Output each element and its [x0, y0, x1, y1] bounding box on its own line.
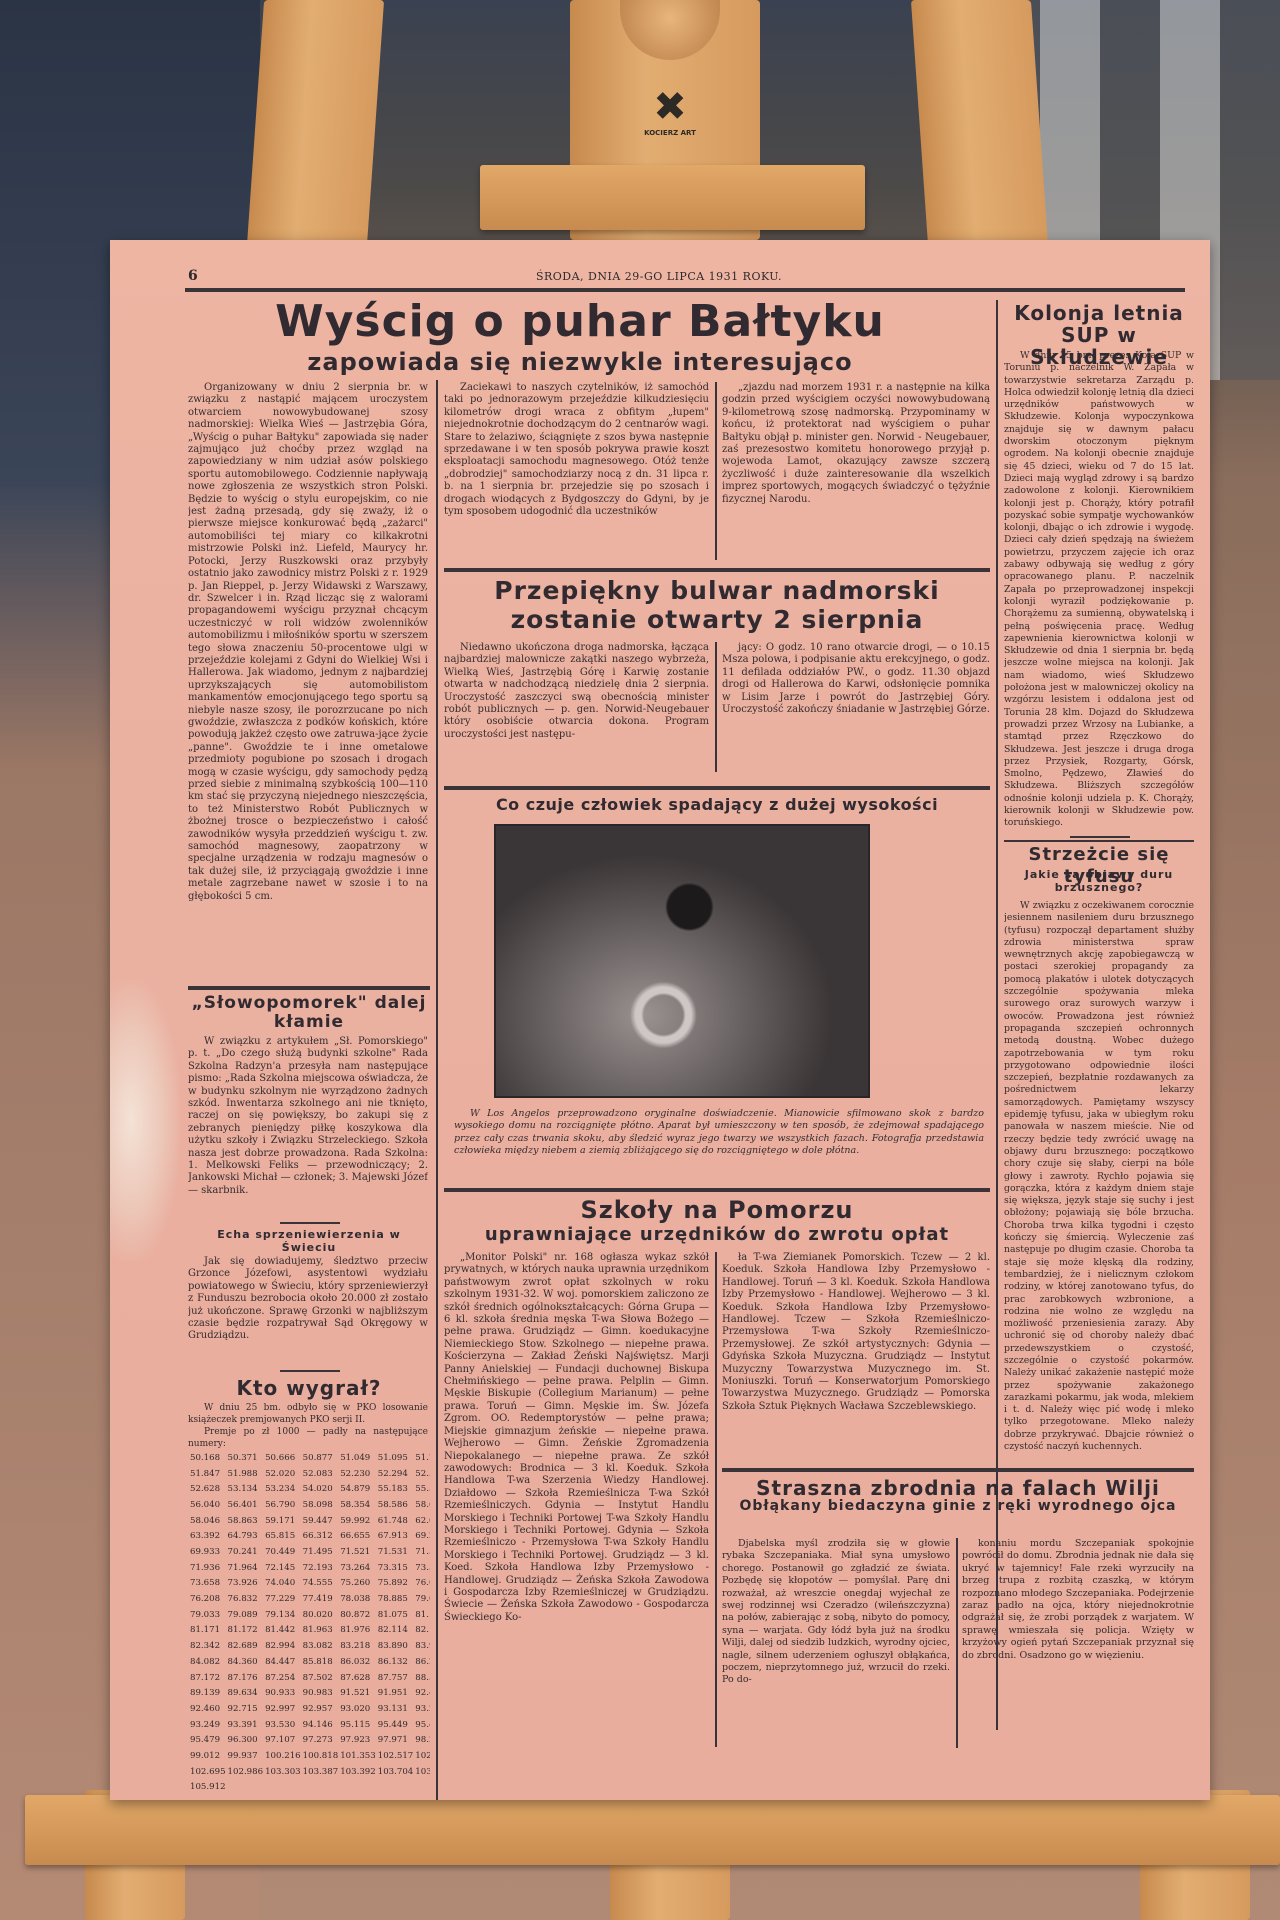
lottery-number: 58.354 [340, 1499, 376, 1515]
schools-headline: Szkoły na Pomorzu [444, 1196, 990, 1224]
lottery-number: 66.655 [340, 1530, 376, 1546]
lottery-number: 71.531 [378, 1546, 414, 1562]
lottery-number: 73.264 [340, 1562, 376, 1578]
lottery-number: 76.832 [228, 1593, 264, 1609]
lottery-number: 98.294 [415, 1734, 430, 1750]
lottery-number: 82.120 [415, 1624, 430, 1640]
lottery-number: 86.032 [340, 1656, 376, 1672]
schools-top-rule [444, 1188, 990, 1192]
echa-headline: Echa sprzeniewierzenia w Świeciu [188, 1228, 430, 1254]
schools-col-2: ła T-wa Ziemianek Pomorskich. Tczew — 2 … [722, 1252, 990, 1464]
lottery-number: 51.847 [190, 1468, 226, 1484]
lottery-number: 91.951 [378, 1687, 414, 1703]
lottery-number: 71.964 [228, 1562, 264, 1578]
masthead: 6 ŚRODA, DNIA 29-GO LIPCA 1931 ROKU. [188, 266, 1130, 286]
falling-man-photo [494, 824, 870, 1098]
lottery-number: 93.246 [415, 1703, 430, 1719]
lottery-number: 58.586 [378, 1499, 414, 1515]
lottery-number: 82.342 [190, 1640, 226, 1656]
lottery-number: 70.449 [265, 1546, 301, 1562]
lottery-number: 71.521 [340, 1546, 376, 1562]
crime-col-2: konaniu mordu Szczepaniak spokojnie powr… [962, 1538, 1194, 1748]
lottery-number: 83.989 [415, 1640, 430, 1656]
lottery-number: 81.963 [303, 1624, 339, 1640]
lottery-number: 89.634 [228, 1687, 264, 1703]
lottery-number: 51.049 [340, 1452, 376, 1468]
lottery-number: 102.695 [190, 1766, 226, 1782]
lottery-number: 96.300 [228, 1734, 264, 1750]
lottery-number: 82.689 [228, 1640, 264, 1656]
schools-divider [715, 1252, 717, 1747]
lottery-number: 97.971 [378, 1734, 414, 1750]
lottery-number: 53.134 [228, 1483, 264, 1499]
lottery-number: 91.521 [340, 1687, 376, 1703]
lottery-number: 92.422 [415, 1687, 430, 1703]
lottery-number: 73.315 [378, 1562, 414, 1578]
lottery-number: 99.937 [228, 1750, 264, 1766]
race-col-2: Zaciekawi to naszych czytelników, iż sam… [444, 382, 709, 562]
lottery-number: 82.994 [265, 1640, 301, 1656]
lottery-number: 69.209 [415, 1530, 430, 1546]
lottery-number: 55.561 [415, 1483, 430, 1499]
lottery-number: 87.502 [303, 1672, 339, 1688]
lottery-number: 103.303 [265, 1766, 301, 1782]
lottery-number: 69.933 [190, 1546, 226, 1562]
lottery-number: 51.714 [415, 1452, 430, 1468]
falling-caption: W Los Angelos przeprowadzono oryginalne … [454, 1108, 984, 1180]
lottery-number: 93.530 [265, 1719, 301, 1735]
easel-leg-right [911, 0, 1049, 260]
lottery-number: 84.360 [228, 1656, 264, 1672]
lottery-number: 71.587 [415, 1546, 430, 1562]
lottery-number: 53.234 [265, 1483, 301, 1499]
lottery-number: 52.587 [415, 1468, 430, 1484]
crime-divider [956, 1538, 958, 1748]
lottery-number: 64.793 [228, 1530, 264, 1546]
lottery-number: 77.229 [265, 1593, 301, 1609]
newspaper-page: 6 ŚRODA, DNIA 29-GO LIPCA 1931 ROKU. Wyś… [110, 240, 1210, 1800]
lottery-number: 101.353 [340, 1750, 376, 1766]
lottery-number: 92.957 [303, 1703, 339, 1719]
echa-body: Jak się dowiadujemy, śledztwo przeciw Gr… [188, 1256, 428, 1360]
typhus-top-rule [1004, 840, 1194, 842]
lottery-number: 59.171 [265, 1515, 301, 1531]
lottery-number: 71.495 [303, 1546, 339, 1562]
lottery-number: 93.131 [378, 1703, 414, 1719]
lottery-number: 55.183 [378, 1483, 414, 1499]
col-divider-3 [996, 300, 998, 1730]
lottery-number: 59.992 [340, 1515, 376, 1531]
lottery-number: 80.020 [303, 1609, 339, 1625]
easel-logo: ✖ KOCIERZ ART [640, 85, 700, 145]
lottery-number: 81.171 [190, 1624, 226, 1640]
lottery-number: 51.988 [228, 1468, 264, 1484]
lottery-number: 81.075 [378, 1609, 414, 1625]
lottery-number: 58.098 [303, 1499, 339, 1515]
race-col-3: „zjazdu nad morzem 1931 r. a następnie n… [722, 382, 990, 562]
lottery-number: 100.216 [265, 1750, 301, 1766]
lottery-number: 95.474 [415, 1719, 430, 1735]
crime-col-1: Djabelska myśl zrodziła się w głowie ryb… [722, 1538, 950, 1748]
lottery-number: 94.146 [303, 1719, 339, 1735]
lottery-number: 81.442 [265, 1624, 301, 1640]
lottery-number: 59.447 [303, 1515, 339, 1531]
lottery-number: 63.392 [190, 1530, 226, 1546]
typhus-subheadline: Jakie są objawy duru brzusznego? [1004, 868, 1194, 894]
lottery-number: 99.012 [190, 1750, 226, 1766]
lottery-number: 50.666 [265, 1452, 301, 1468]
lottery-number: 73.658 [190, 1577, 226, 1593]
lottery-number: 103.387 [303, 1766, 339, 1782]
lottery-number: 76.208 [190, 1593, 226, 1609]
lottery-number: 50.877 [303, 1452, 339, 1468]
lottery-number: 78.038 [340, 1593, 376, 1609]
lottery-number: 78.885 [378, 1593, 414, 1609]
lottery-number: 89.139 [190, 1687, 226, 1703]
lottery-number: 79.033 [190, 1609, 226, 1625]
lottery-number: 75.892 [378, 1577, 414, 1593]
lottery-number: 85.818 [303, 1656, 339, 1672]
crime-headline: Straszna zbrodnia na falach Wilji [722, 1476, 1194, 1500]
logo-text: KOCIERZ ART [640, 129, 700, 137]
lottery-number: 105.912 [190, 1781, 226, 1797]
lottery-number: 102.687 [415, 1750, 430, 1766]
lottery-number: 93.020 [340, 1703, 376, 1719]
lottery-number: 67.913 [378, 1530, 414, 1546]
lottery-number: 86.132 [378, 1656, 414, 1672]
lottery-number: 90.983 [303, 1687, 339, 1703]
kto-number-grid: 50.16850.37150.66650.87751.04951.09551.7… [190, 1452, 430, 1797]
colony-body: W dniu 25 bm. prezes Koła SUP w Toruniu … [1004, 350, 1194, 830]
crime-subheadline: Obłąkany biedaczyna ginie z ręki wyrodne… [722, 1498, 1194, 1514]
lottery-number: 81.172 [228, 1624, 264, 1640]
lottery-number: 90.933 [265, 1687, 301, 1703]
lottery-number: 92.997 [265, 1703, 301, 1719]
lottery-number: 52.230 [340, 1468, 376, 1484]
masthead-rule [185, 288, 1185, 292]
lottery-number: 51.095 [378, 1452, 414, 1468]
easel-shelf [25, 1795, 1280, 1865]
lottery-number: 52.294 [378, 1468, 414, 1484]
lottery-number: 80.872 [340, 1609, 376, 1625]
lottery-number: 70.241 [228, 1546, 264, 1562]
boulevard-top-rule [444, 568, 990, 572]
lottery-number: 73.926 [228, 1577, 264, 1593]
date-line: ŚRODA, DNIA 29-GO LIPCA 1931 ROKU. [188, 270, 1130, 283]
lottery-number: 52.083 [303, 1468, 339, 1484]
lottery-number: 65.815 [265, 1530, 301, 1546]
boulevard-headline: Przepiękny bulwar nadmorski zostanie otw… [444, 576, 990, 634]
lottery-number: 95.479 [190, 1734, 226, 1750]
lottery-number: 92.460 [190, 1703, 226, 1719]
kto-headline: Kto wygrał? [188, 1376, 430, 1400]
schools-col-1: „Monitor Polski" nr. 168 ogłasza wykaz s… [444, 1252, 709, 1742]
lottery-number: 95.449 [378, 1719, 414, 1735]
boulevard-divider [715, 642, 717, 772]
race-subheadline: zapowiada się niezwykle interesująco [180, 348, 980, 376]
easel-top-bar [480, 165, 865, 230]
lottery-number: 97.107 [265, 1734, 301, 1750]
lottery-number: 72.145 [265, 1562, 301, 1578]
lottery-number: 102.517 [378, 1750, 414, 1766]
lottery-number: 87.176 [228, 1672, 264, 1688]
lottery-number: 87.254 [265, 1672, 301, 1688]
lottery-number: 58.863 [228, 1515, 264, 1531]
slowo-headline: „Słowopomorek" dalej kłamie [188, 994, 430, 1032]
race-headline: Wyścig o puhar Bałtyku [180, 296, 980, 348]
lottery-number: 66.312 [303, 1530, 339, 1546]
lottery-number: 54.020 [303, 1483, 339, 1499]
echa-top-rule [280, 1222, 340, 1224]
lottery-number: 74.040 [265, 1577, 301, 1593]
schools-subheadline: uprawniające urzędników do zwrotu opłat [444, 1224, 990, 1246]
boulevard-col-2: jący: O godz. 10 rano otwarcie drogi, — … [722, 642, 990, 782]
boulevard-col-1: Niedawno ukończona droga nadmorska, łącz… [444, 642, 709, 782]
slowo-top-rule [188, 986, 430, 990]
lottery-number: 87.172 [190, 1672, 226, 1688]
lottery-number: 83.890 [378, 1640, 414, 1656]
lottery-number: 56.401 [228, 1499, 264, 1515]
lottery-number: 103.704 [378, 1766, 414, 1782]
lottery-number: 71.936 [190, 1562, 226, 1578]
lottery-number: 56.040 [190, 1499, 226, 1515]
crime-top-rule [722, 1468, 1194, 1472]
col-divider-2 [715, 382, 717, 560]
lottery-number: 76.026 [415, 1577, 430, 1593]
lottery-number: 81.976 [340, 1624, 376, 1640]
lottery-number: 95.115 [340, 1719, 376, 1735]
falling-headline: Co czuje człowiek spadający z dużej wyso… [444, 794, 990, 816]
easel-leg-left [246, 0, 384, 260]
lottery-number: 79.134 [265, 1609, 301, 1625]
paper-stain [110, 980, 180, 1260]
lottery-number: 93.391 [228, 1719, 264, 1735]
lottery-number: 52.020 [265, 1468, 301, 1484]
lottery-number: 58.046 [190, 1515, 226, 1531]
falling-top-rule [444, 786, 990, 790]
lottery-number: 58.627 [415, 1499, 430, 1515]
col-divider-1 [436, 380, 438, 1800]
lottery-number: 103.392 [340, 1766, 376, 1782]
kto-top-rule [280, 1370, 340, 1372]
lottery-number: 74.555 [303, 1577, 339, 1593]
lottery-number: 77.419 [303, 1593, 339, 1609]
colony-end-rule [1070, 836, 1130, 838]
lottery-number: 52.628 [190, 1483, 226, 1499]
lottery-number: 50.168 [190, 1452, 226, 1468]
lottery-number: 61.748 [378, 1515, 414, 1531]
lottery-number: 100.818 [303, 1750, 339, 1766]
kocierz-logo-icon: ✖ [640, 85, 700, 129]
lottery-number: 87.628 [340, 1672, 376, 1688]
lottery-number: 97.273 [303, 1734, 339, 1750]
lottery-number: 81.103 [415, 1609, 430, 1625]
race-col-1: Organizowany w dniu 2 sierpnia br. w zwi… [188, 382, 428, 1070]
lottery-number: 84.447 [265, 1656, 301, 1672]
lottery-number: 50.371 [228, 1452, 264, 1468]
lottery-number: 97.923 [340, 1734, 376, 1750]
kto-intro: W dniu 25 bm. odbyło się w PKO losowanie… [188, 1402, 428, 1452]
lottery-number: 72.193 [303, 1562, 339, 1578]
lottery-number: 93.249 [190, 1719, 226, 1735]
lottery-number: 62.030 [415, 1515, 430, 1531]
lottery-number: 82.114 [378, 1624, 414, 1640]
lottery-number: 87.757 [378, 1672, 414, 1688]
lottery-number: 102.986 [228, 1766, 264, 1782]
lottery-number: 92.715 [228, 1703, 264, 1719]
lottery-number: 79.029 [415, 1593, 430, 1609]
lottery-number: 88.586 [415, 1672, 430, 1688]
lottery-number: 75.260 [340, 1577, 376, 1593]
lottery-number: 73.585 [415, 1562, 430, 1578]
lottery-number: 56.790 [265, 1499, 301, 1515]
slowo-body: W związku z artykułem „Sł. Pomorskiego" … [188, 1036, 428, 1212]
lottery-number: 84.082 [190, 1656, 226, 1672]
lottery-number: 54.879 [340, 1483, 376, 1499]
lottery-number: 103.870 [415, 1766, 430, 1782]
lottery-number: 79.089 [228, 1609, 264, 1625]
lottery-number: 83.218 [340, 1640, 376, 1656]
lottery-number: 83.082 [303, 1640, 339, 1656]
lottery-number: 86.273 [415, 1656, 430, 1672]
